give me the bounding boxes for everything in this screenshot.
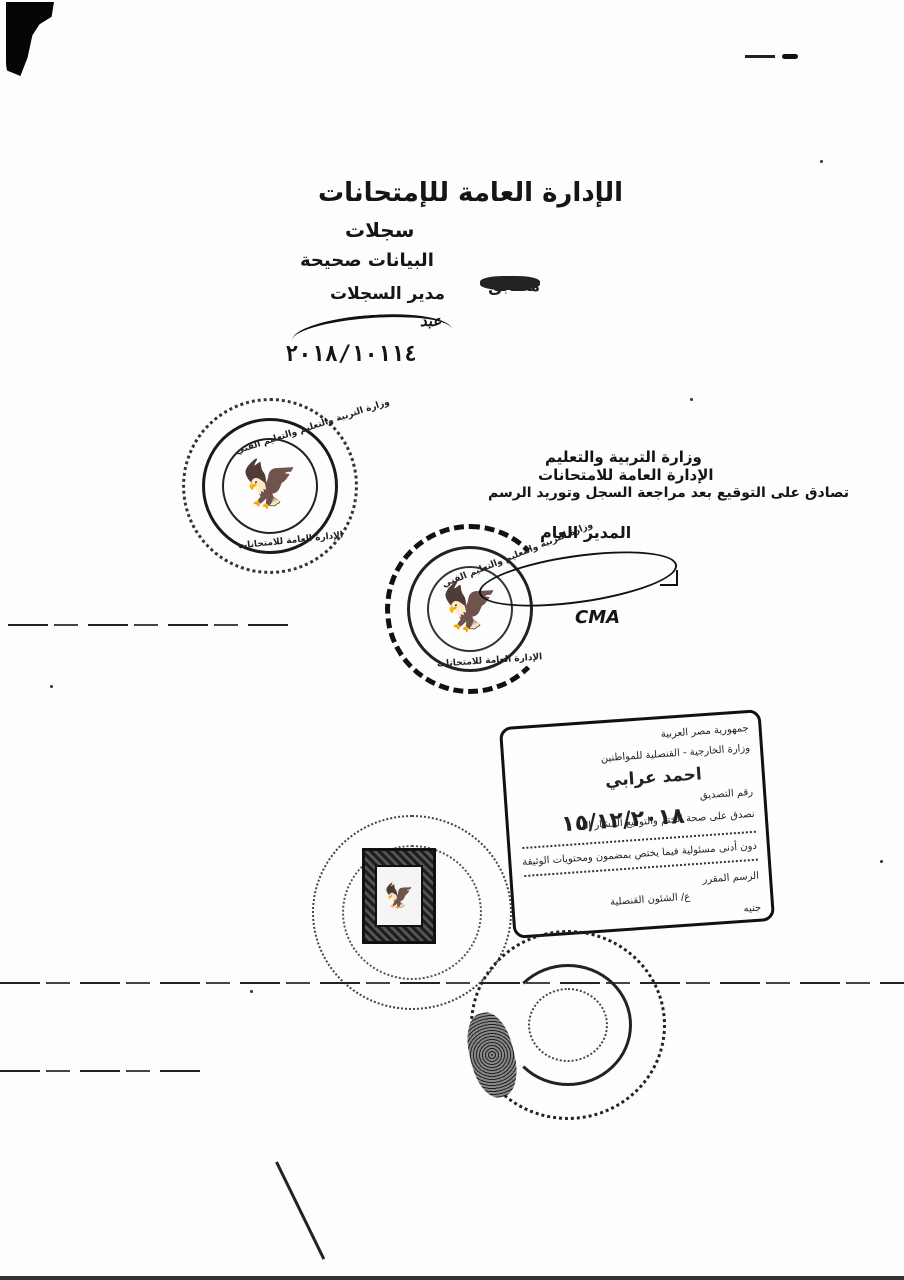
eagle-emblem-icon: 🦅 xyxy=(241,461,298,507)
consular-certification-stamp: جمهورية مصر العربية وزارة الخارجية - الق… xyxy=(499,709,775,939)
cert-number-label: رقم التصديق xyxy=(699,787,753,802)
scan-line xyxy=(0,982,904,984)
scan-mark xyxy=(745,55,775,58)
header-records-label: سجلات xyxy=(345,218,414,242)
cert-country: جمهورية مصر العربية xyxy=(660,723,749,740)
scanned-document-page: الإدارة العامة للإمتحانات سجلات البيانات… xyxy=(0,0,904,1280)
scan-speck xyxy=(880,860,883,863)
scan-corner-blot xyxy=(6,2,54,76)
cert-officer-name: احمد عرابي xyxy=(604,764,702,791)
header-matched-stamp: مطابق xyxy=(480,276,540,290)
scan-speck xyxy=(820,160,823,163)
eagle-emblem-icon: 🦅 xyxy=(375,865,423,927)
scan-scratch xyxy=(275,1161,325,1259)
cert-ministry: وزارة الخارجية - القنصلية للمواطنين xyxy=(600,743,750,764)
cert-currency: جنيه xyxy=(743,903,761,915)
scan-speck xyxy=(690,398,693,401)
scan-mark xyxy=(782,54,798,59)
approval-statement: تصادق على التوقيع بعد مراجعة السجل وتوري… xyxy=(488,485,849,501)
scan-bottom-edge xyxy=(0,1276,904,1280)
revenue-stamp: 🦅 xyxy=(362,848,436,944)
header-reference-number: ٢٠١٨/١٠١١٤ xyxy=(285,342,417,367)
header-data-correct: البيانات صحيحة xyxy=(300,250,434,271)
ministry-seal-1: 🦅 وزارة التربية والتعليم والتعليم الفني … xyxy=(182,398,358,574)
header-records-director: مدير السجلات xyxy=(330,284,445,304)
scan-line xyxy=(0,1070,200,1072)
cert-fee-label: الرسم المقرر xyxy=(702,871,759,886)
header-department-title: الإدارة العامة للإمتحانات xyxy=(318,178,623,208)
approval-department: الإدارة العامة للامتحانات xyxy=(538,466,714,484)
scan-speck xyxy=(50,685,53,688)
header-signature: عبد xyxy=(420,312,441,330)
director-signature-tail xyxy=(660,570,678,586)
ministry-seal-2: 🦅 وزارة التربية والتعليم والتعليم الفني … xyxy=(385,524,555,694)
approval-ministry: وزارة التربية والتعليم xyxy=(545,448,702,466)
scan-speck xyxy=(250,990,253,993)
approval-handwritten-date: CMA xyxy=(575,607,620,628)
scan-line xyxy=(8,624,288,626)
cert-consular-affairs: ع/ الشئون القنصلية xyxy=(610,891,691,908)
